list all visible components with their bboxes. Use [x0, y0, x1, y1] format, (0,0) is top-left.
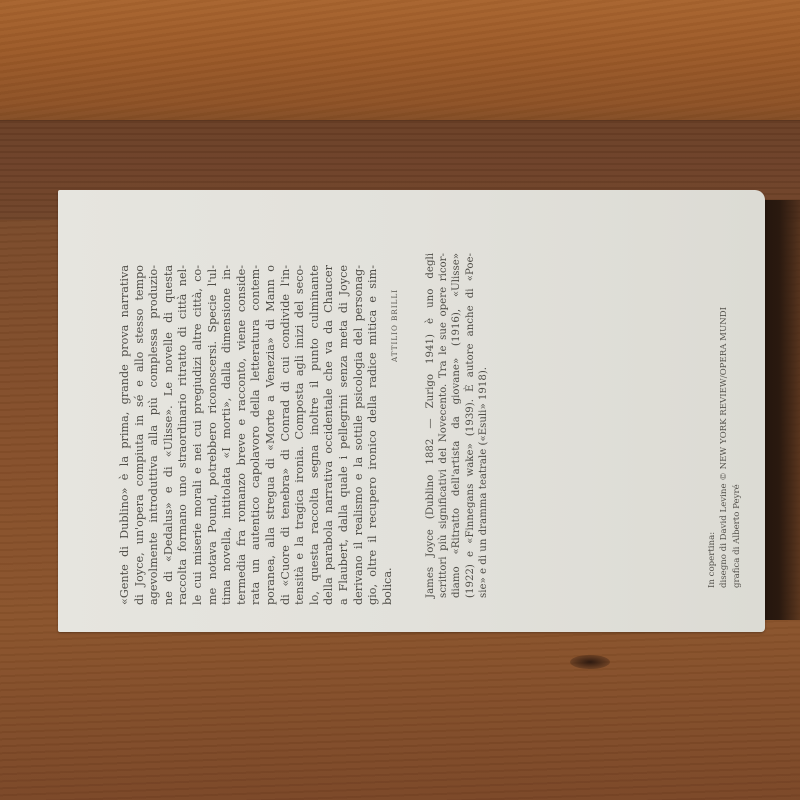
blurb-line: tensità e la tragica ironia. Composta ag…: [293, 265, 308, 605]
bio-line: scrittori più significativi del Novecent…: [437, 253, 450, 598]
blurb-line: derivano il realismo e la sottile psicol…: [352, 265, 367, 605]
bio-line: (1922) e «Finnegans wake» (1939). È auto…: [464, 253, 477, 598]
bio-line: diamo «Ritratto dell'artista da giovane»…: [450, 253, 463, 598]
wooden-table-top: [0, 0, 800, 130]
blurb-line: a Flaubert, dalla quale i pellegrini sen…: [337, 265, 352, 605]
author-bio: James Joyce (Dublino 1882 — Zurigo 1941)…: [424, 253, 490, 598]
blurb-line: lo, questa raccolta segna inoltre il pun…: [308, 265, 323, 605]
blurb-text: «Gente di Dublino» è la prima, grande pr…: [118, 265, 395, 605]
credits-line: In copertina:: [706, 248, 718, 588]
blurb-line: della parabola narrativa occidentale che…: [322, 265, 337, 605]
blurb-line: ne di «Dedalus» e di «Ulisse». Le novell…: [162, 265, 177, 605]
blurb-line: agevolmente introduttiva alla più comple…: [147, 265, 162, 605]
wood-knot: [570, 655, 610, 669]
blurb-line: poranea, alla stregua di «Morte a Venezi…: [264, 265, 279, 605]
blurb-line: me notava Pound, potrebbero riconoscersi…: [206, 265, 221, 605]
blurb-line: di Joyce, un'opera compiuta in sé e allo…: [133, 265, 148, 605]
cover-credits: In copertina: disegno di David Levine © …: [706, 248, 743, 588]
credits-line: grafica di Alberto Peyré: [731, 248, 743, 588]
blurb-line: raccolta formano uno straordinario ritra…: [176, 265, 191, 605]
credits-line: disegno di David Levine © NEW YORK REVIE…: [718, 248, 730, 588]
blurb-line: di «Cuore di tenebra» di Conrad di cui c…: [279, 265, 294, 605]
blurb-line: termedia fra romanzo breve e racconto, v…: [235, 265, 250, 605]
bio-line: sie» e di un dramma teatrale («Esuli» 19…: [477, 253, 490, 598]
blurb-line: «Gente di Dublino» è la prima, grande pr…: [118, 265, 133, 605]
blurb-line: tima novella, intitolata «I morti», dall…: [220, 265, 235, 605]
bio-line: James Joyce (Dublino 1882 — Zurigo 1941)…: [424, 253, 437, 598]
blurb-line: le cui miserie morali e nei cui pregiudi…: [191, 265, 206, 605]
blurb-line: gio, oltre il recupero ironico della rad…: [366, 265, 381, 605]
blurb-line: rata un autentico capolavoro della lette…: [249, 265, 264, 605]
blurb-signature: ATTILIO BRILLI: [390, 242, 399, 362]
